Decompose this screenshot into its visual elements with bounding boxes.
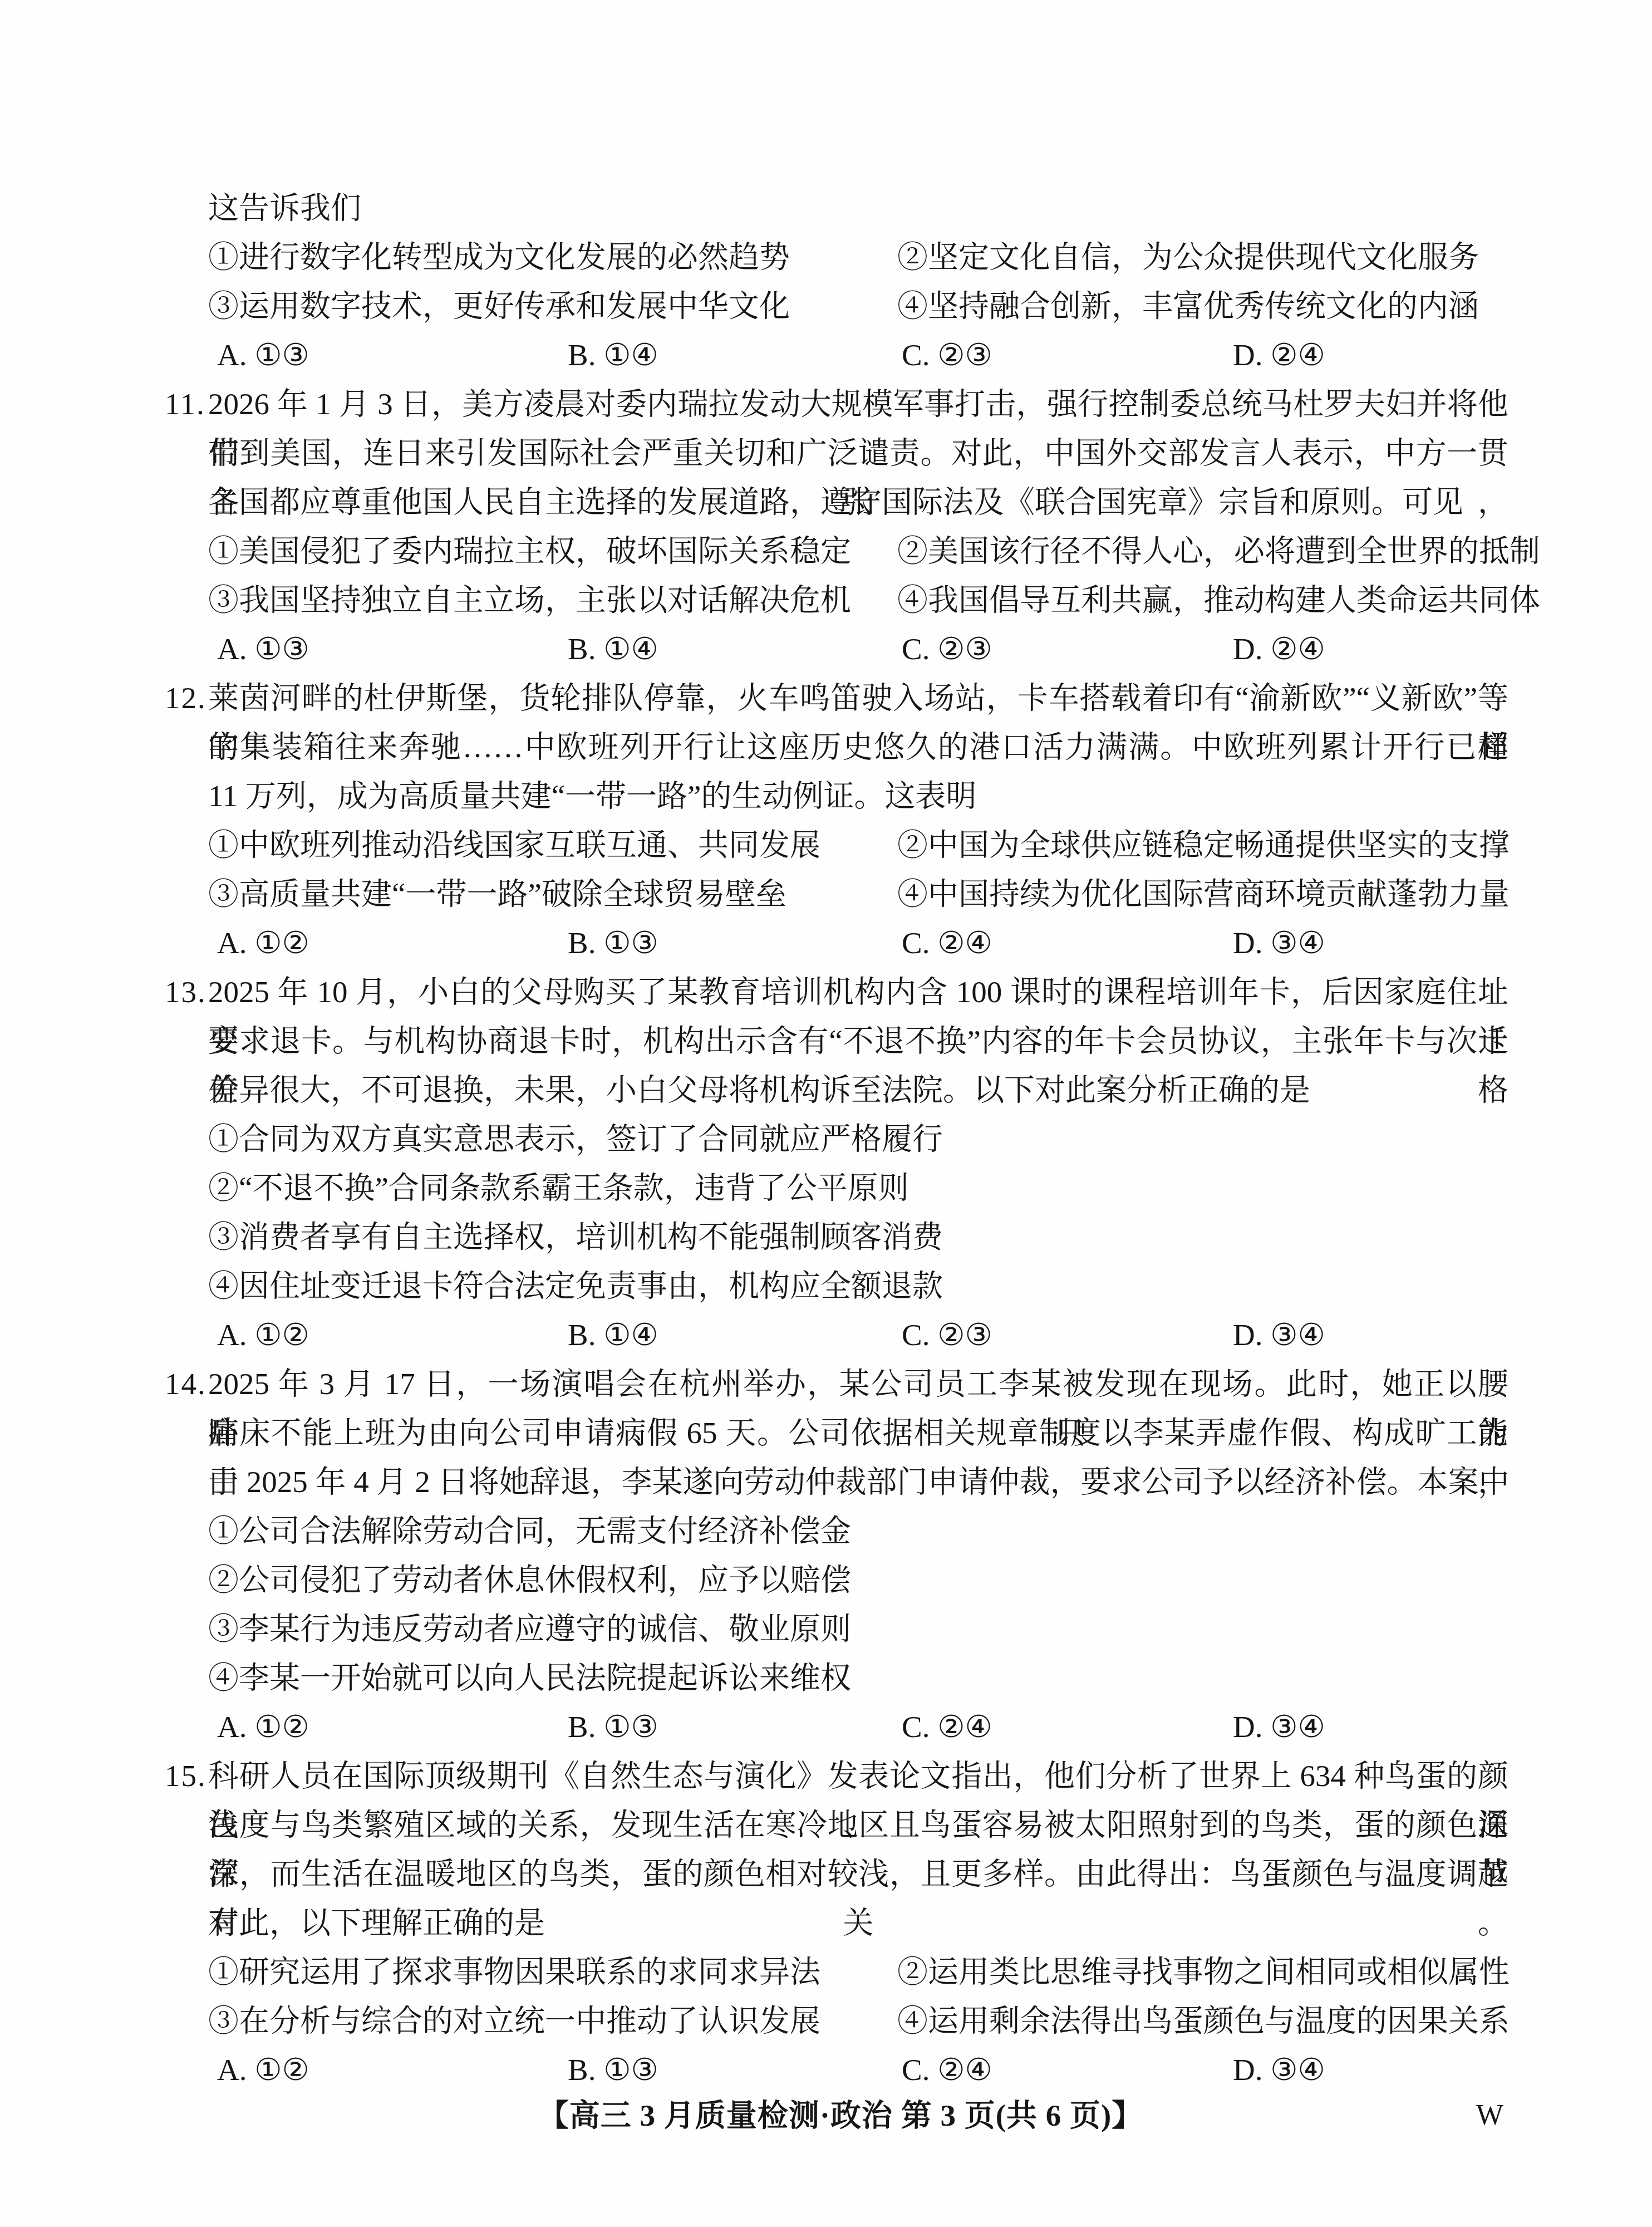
question-12: 12. 莱茵河畔的杜伊斯堡，货轮排队停靠，火车鸣笛驶入场站，卡车搭载着印有“渝新… [208, 674, 1508, 968]
choice-1: ①公司合法解除劳动合同，无需支付经济补偿金 [208, 1507, 1508, 1556]
question-10-continuation: 这告诉我们 ①进行数字化转型成为文化发展的必然趋势 ②坚定文化自信，为公众提供现… [208, 184, 1508, 380]
choice-row: ③我国坚持独立自主立场，主张以对话解决危机 ④我国倡导互利共赢，推动构建人类命运… [208, 576, 1508, 625]
answer-option-c: C. ②④ [902, 2045, 992, 2094]
choice-2: ②坚定文化自信，为公众提供现代文化服务 [897, 233, 1479, 282]
question-13: 13. 2025 年 10 月，小白的父母购买了某教育培训机构内含 100 课时… [208, 968, 1508, 1360]
question-number: 12. [165, 674, 206, 723]
answer-option-d: D. ③④ [1233, 919, 1325, 968]
answer-option-d: D. ②④ [1233, 625, 1325, 674]
answer-option-a: A. ①③ [217, 625, 309, 674]
answer-option-b: B. ①③ [568, 919, 658, 968]
answer-option-b: B. ①④ [568, 331, 658, 380]
choice-4: ④坚持融合创新，丰富优秀传统文化的内涵 [897, 282, 1479, 331]
choice-row: ①中欧班列推动沿线国家互联互通、共同发展 ②中国为全球供应链稳定畅通提供坚实的支… [208, 821, 1508, 870]
choice-4: ④我国倡导互利共赢，推动构建人类命运共同体 [897, 576, 1540, 625]
choice-4: ④运用剩余法得出鸟蛋颜色与温度的因果关系 [897, 1997, 1510, 2045]
version-letter-watermark: W [1476, 2091, 1503, 2140]
choice-row: ③在分析与综合的对立统一中推动了认识发展 ④运用剩余法得出鸟蛋颜色与温度的因果关… [208, 1997, 1508, 2045]
stem-line: 这告诉我们 [208, 184, 1508, 233]
answer-option-a: A. ①② [217, 919, 309, 968]
choice-1: ①合同为双方真实意思表示，签订了合同就应严格履行 [208, 1115, 1508, 1164]
answer-option-d: D. ③④ [1233, 1311, 1325, 1360]
choice-1: ①进行数字化转型成为文化发展的必然趋势 [208, 233, 790, 282]
answer-row: A. ①② B. ①③ C. ②④ D. ③④ [208, 919, 1508, 968]
stem-line: 要求退卡。与机构协商退卡时，机构出示含有“不退不换”内容的年卡会员协议，主张年卡… [208, 1017, 1508, 1066]
stem-line: 带到美国，连日来引发国际社会严重关切和广泛谴责。对此，中国外交部发言人表示，中方… [208, 429, 1508, 478]
stem-line: 卧床不能上班为由向公司申请病假 65 天。公司依据相关规章制度以李某弄虚作假、构… [208, 1409, 1508, 1458]
answer-option-c: C. ②④ [902, 1703, 992, 1752]
answer-option-a: A. ①③ [217, 331, 309, 380]
choice-2: ②公司侵犯了劳动者休息休假权利，应予以赔偿 [208, 1556, 1508, 1605]
exam-page: 这告诉我们 ①进行数字化转型成为文化发展的必然趋势 ②坚定文化自信，为公众提供现… [0, 0, 1652, 2227]
answer-row: A. ①③ B. ①④ C. ②③ D. ②④ [208, 625, 1508, 674]
choice-row: ①进行数字化转型成为文化发展的必然趋势 ②坚定文化自信，为公众提供现代文化服务 [208, 233, 1508, 282]
stem-line: 2025 年 3 月 17 日，一场演唱会在杭州举办，某公司员工李某被发现在现场… [208, 1360, 1508, 1409]
answer-row: A. ①③ B. ①④ C. ②③ D. ②④ [208, 331, 1508, 380]
choice-3: ③高质量共建“一带一路”破除全球贸易壁垒 [208, 870, 786, 919]
question-number: 14. [165, 1360, 206, 1409]
choice-row: ③高质量共建“一带一路”破除全球贸易壁垒 ④中国持续为优化国际营商环境贡献蓬勃力… [208, 870, 1508, 919]
stem-line: 11 万列，成为高质量共建“一带一路”的生动例证。这表明 [208, 772, 1508, 821]
choice-2: ②美国该行径不得人心，必将遭到全世界的抵制 [897, 527, 1540, 576]
answer-option-c: C. ②③ [902, 625, 992, 674]
choice-1: ①中欧班列推动沿线国家互联互通、共同发展 [208, 821, 820, 870]
choice-2: ②“不退不换”合同条款系霸王条款，违背了公平原则 [208, 1164, 1508, 1213]
answer-option-a: A. ①② [217, 1703, 309, 1752]
stem-line: 于 2025 年 4 月 2 日将她辞退，李某遂向劳动仲裁部门申请仲裁，要求公司… [208, 1458, 1508, 1507]
choice-4: ④中国持续为优化国际营商环境贡献蓬勃力量 [897, 870, 1510, 919]
answer-option-d: D. ②④ [1233, 331, 1325, 380]
choice-row: ①研究运用了探求事物因果联系的求同求异法 ②运用类比思维寻找事物之间相同或相似属… [208, 1948, 1508, 1997]
choice-3: ③运用数字技术，更好传承和发展中华文化 [208, 282, 790, 331]
answer-option-b: B. ①③ [568, 1703, 658, 1752]
question-number: 13. [165, 968, 206, 1017]
questions-area: 这告诉我们 ①进行数字化转型成为文化发展的必然趋势 ②坚定文化自信，为公众提供现… [208, 184, 1508, 2094]
choice-4: ④因住址变迁退卡符合法定免责事由，机构应全额退款 [208, 1262, 1508, 1311]
answer-option-b: B. ①④ [568, 1311, 658, 1360]
stem-line: 各国都应尊重他国人民自主选择的发展道路，遵守国际法及《联合国宪章》宗旨和原则。可… [208, 478, 1508, 527]
stem-line: 莱茵河畔的杜伊斯堡，货轮排队停靠，火车鸣笛驶入场站，卡车搭载着印有“渝新欧”“义… [208, 674, 1508, 723]
stem-line: 2026 年 1 月 3 日，美方凌晨对委内瑞拉发动大规模军事打击，强行控制委总… [208, 380, 1508, 429]
choice-3: ③李某行为违反劳动者应遵守的诚信、敬业原则 [208, 1605, 1508, 1654]
page-footer: 【高三 3 月质量检测·政治 第 3 页(共 6 页)】 [14, 2091, 1652, 2140]
stem-line: 2025 年 10 月，小白的父母购买了某教育培训机构内含 100 课时的课程培… [208, 968, 1508, 1017]
stem-line: 差异很大，不可退换，未果，小白父母将机构诉至法院。以下对此案分析正确的是 [208, 1066, 1508, 1115]
stem-line: 的集装箱往来奔驰……中欧班列开行让这座历史悠久的港口活力满满。中欧班列累计开行已… [208, 723, 1508, 772]
stem-line: 深，而生活在温暖地区的鸟类，蛋的颜色相对较浅，且更多样。由此得出：鸟蛋颜色与温度… [208, 1850, 1508, 1899]
answer-option-d: D. ③④ [1233, 2045, 1325, 2094]
answer-row: A. ①② B. ①③ C. ②④ D. ③④ [208, 2045, 1508, 2094]
stem-line: 科研人员在国际顶级期刊《自然生态与演化》发表论文指出，他们分析了世界上 634 … [208, 1752, 1508, 1801]
choice-2: ②运用类比思维寻找事物之间相同或相似属性 [897, 1948, 1510, 1997]
question-15: 15. 科研人员在国际顶级期刊《自然生态与演化》发表论文指出，他们分析了世界上 … [208, 1752, 1508, 2094]
choice-3: ③在分析与综合的对立统一中推动了认识发展 [208, 1997, 820, 2045]
question-number: 11. [165, 380, 205, 429]
answer-option-a: A. ①② [217, 2045, 309, 2094]
answer-option-c: C. ②④ [902, 919, 992, 968]
answer-option-c: C. ②③ [902, 1311, 992, 1360]
answer-option-b: B. ①③ [568, 2045, 658, 2094]
answer-option-b: B. ①④ [568, 625, 658, 674]
question-14: 14. 2025 年 3 月 17 日，一场演唱会在杭州举办，某公司员工李某被发… [208, 1360, 1508, 1752]
stem-line: 对此，以下理解正确的是 [208, 1899, 1508, 1948]
choice-1: ①美国侵犯了委内瑞拉主权，破坏国际关系稳定 [208, 527, 851, 576]
choice-1: ①研究运用了探求事物因果联系的求同求异法 [208, 1948, 820, 1997]
choice-3: ③消费者享有自主选择权，培训机构不能强制顾客消费 [208, 1213, 1508, 1262]
question-number: 15. [165, 1752, 206, 1801]
choice-3: ③我国坚持独立自主立场，主张以对话解决危机 [208, 576, 851, 625]
choice-row: ①美国侵犯了委内瑞拉主权，破坏国际关系稳定 ②美国该行径不得人心，必将遭到全世界… [208, 527, 1508, 576]
stem-line: 浅度与鸟类繁殖区域的关系，发现生活在寒冷地区且鸟蛋容易被太阳照射到的鸟类，蛋的颜… [208, 1801, 1508, 1850]
answer-option-d: D. ③④ [1233, 1703, 1325, 1752]
choice-row: ③运用数字技术，更好传承和发展中华文化 ④坚持融合创新，丰富优秀传统文化的内涵 [208, 282, 1508, 331]
choice-4: ④李某一开始就可以向人民法院提起诉讼来维权 [208, 1654, 1508, 1703]
answer-row: A. ①② B. ①④ C. ②③ D. ③④ [208, 1311, 1508, 1360]
question-11: 11. 2026 年 1 月 3 日，美方凌晨对委内瑞拉发动大规模军事打击，强行… [208, 380, 1508, 674]
choice-2: ②中国为全球供应链稳定畅通提供坚实的支撑 [897, 821, 1510, 870]
answer-row: A. ①② B. ①③ C. ②④ D. ③④ [208, 1703, 1508, 1752]
answer-option-a: A. ①② [217, 1311, 309, 1360]
answer-option-c: C. ②③ [902, 331, 992, 380]
